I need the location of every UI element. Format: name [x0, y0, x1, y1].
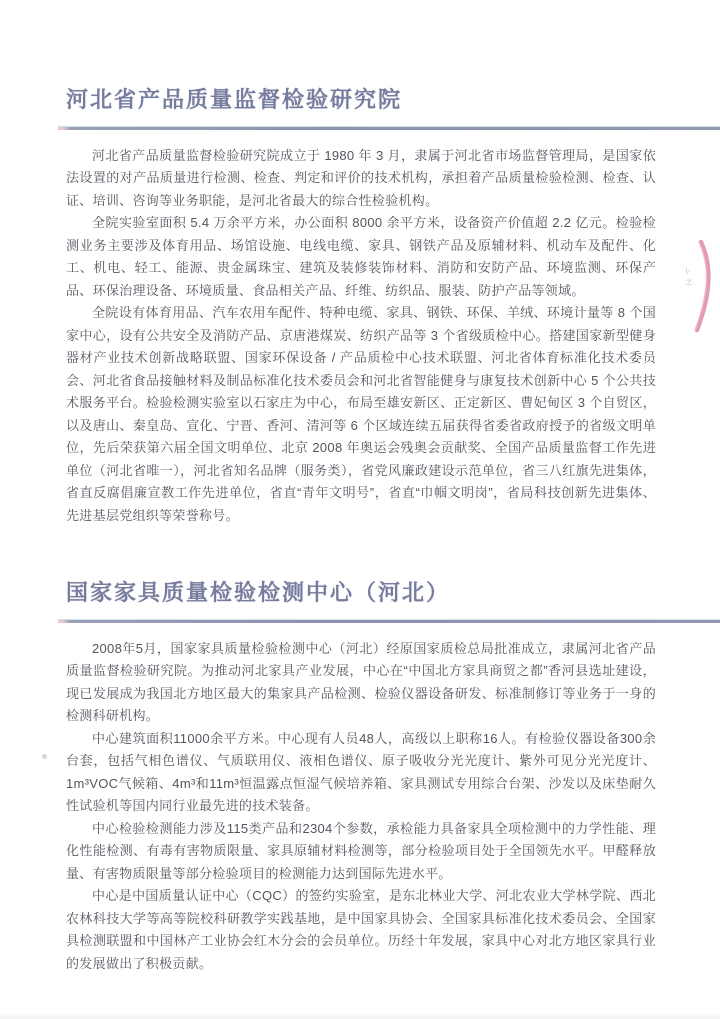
paragraph: 2008年5月，国家家具质量检验检测中心（河北）经原国家质检总局批准成立，隶属河… — [66, 638, 656, 728]
title-underline-rule — [58, 127, 720, 130]
paragraph: 中心建筑面积11000余平方米。中心现有人员48人，高级以上职称16人。有检验仪… — [66, 728, 656, 818]
paragraph: 河北省产品质量监督检验研究院成立于 1980 年 3 月，隶属于河北省市场监督管… — [66, 145, 656, 213]
paragraph: 全院实验室面积 5.4 万余平方米，办公面积 8000 余平方米，设备资产价值超… — [66, 212, 656, 302]
section-body: 河北省产品质量监督检验研究院成立于 1980 年 3 月，隶属于河北省市场监督管… — [66, 145, 656, 528]
paragraph: 全院设有体育用品、汽车农用车配件、特种电缆、家具、钢铁、环保、羊绒、环境计量等 … — [66, 302, 656, 527]
section-furniture-center: 国家家具质量检验检测中心（河北） 2008年5月，国家家具质量检验检测中心（河北… — [0, 579, 720, 975]
scan-speck — [42, 754, 47, 759]
paragraph: 中心检验检测能力涉及115类产品和2304个参数，承检能力具备家具全项检测中的力… — [66, 818, 656, 886]
section-body: 2008年5月，国家家具质量检验检测中心（河北）经原国家质检总局批准成立，隶属河… — [66, 638, 656, 976]
title-underline-rule — [58, 620, 720, 623]
scanned-document-page: 河北省产品质量监督检验研究院 河北省产品质量监督检验研究院成立于 1980 年 … — [0, 0, 720, 1019]
section-hebei-institute: 河北省产品质量监督检验研究院 河北省产品质量监督检验研究院成立于 1980 年 … — [0, 0, 720, 527]
section-title-hebei-institute: 河北省产品质量监督检验研究院 — [66, 0, 660, 114]
section-title-furniture-center: 国家家具质量检验检测中心（河北） — [66, 579, 660, 607]
page-bottom-shadow — [0, 1012, 720, 1019]
paragraph: 中心是中国质量认证中心（CQC）的签约实验室，是东北林业大学、河北农业大学林学院… — [66, 885, 656, 975]
